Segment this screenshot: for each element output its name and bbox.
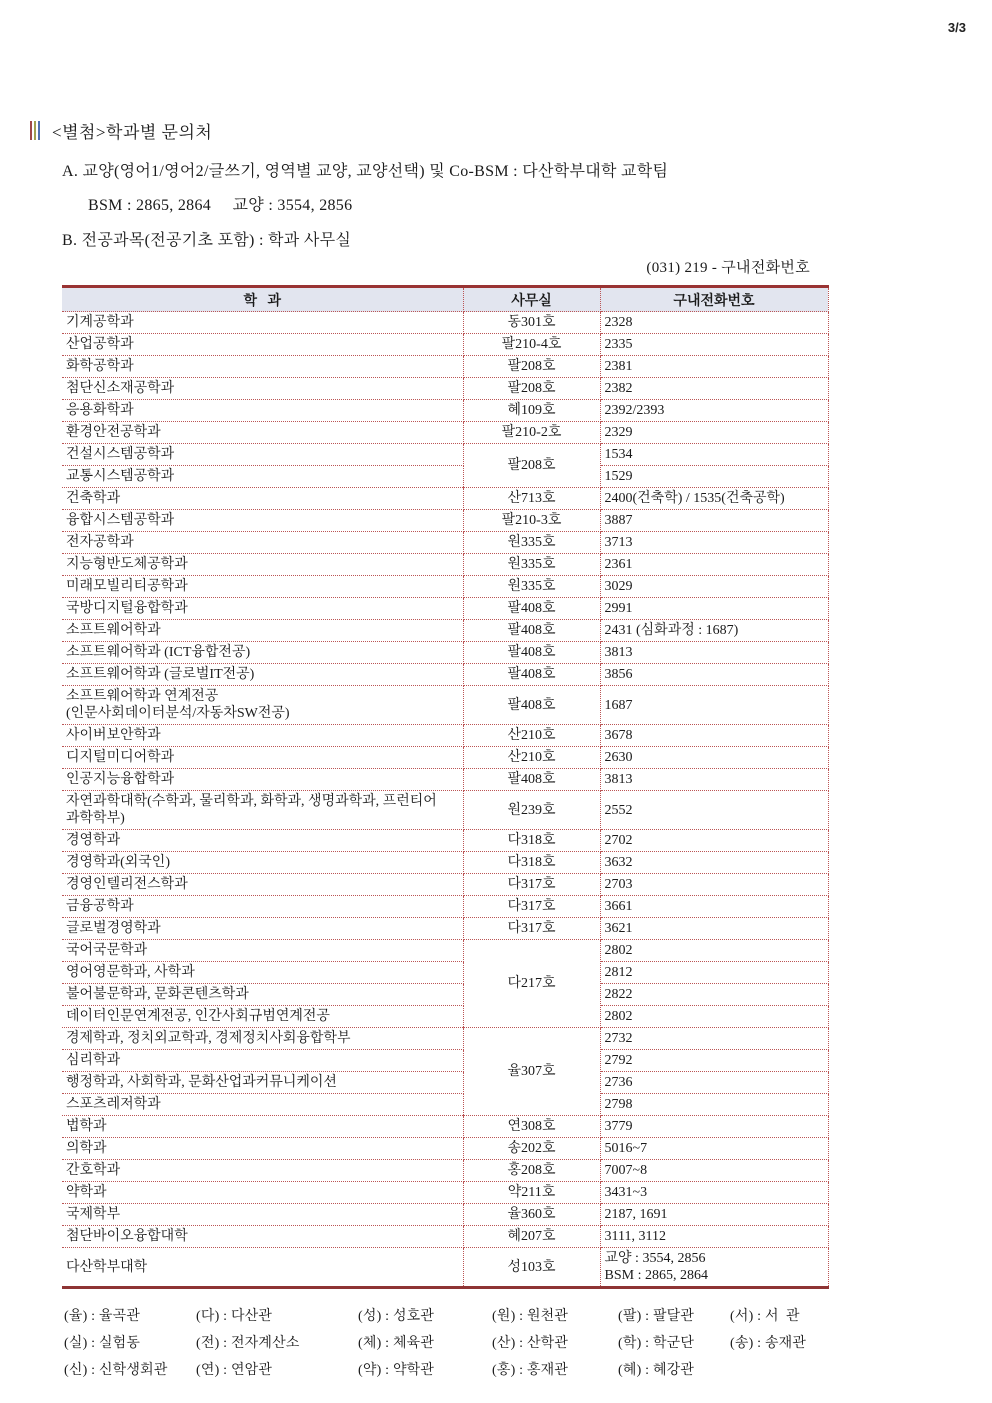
office-cell: 송202호 — [463, 1138, 600, 1160]
phone-cell: 2802 — [600, 940, 828, 962]
table-row: 소프트웨어학과 (ICT융합전공)팔408호3813 — [62, 642, 828, 664]
table-row: 금융공학과다317호3661 — [62, 896, 828, 918]
office-cell: 성103호 — [463, 1248, 600, 1288]
legend-entry: (원) : 원천관 — [492, 1306, 618, 1328]
office-cell: 약211호 — [463, 1182, 600, 1204]
department-cell: 글로벌경영학과 — [62, 918, 463, 940]
table-row: 경영학과(외국인)다318호3632 — [62, 852, 828, 874]
phone-cell: 2382 — [600, 378, 828, 400]
table-row: 심리학과2792 — [62, 1050, 828, 1072]
table-row: 미래모빌리티공학과원335호3029 — [62, 576, 828, 598]
office-cell: 다317호 — [463, 918, 600, 940]
department-cell: 소프트웨어학과 (ICT융합전공) — [62, 642, 463, 664]
phone-cell: 3813 — [600, 642, 828, 664]
title-row: <별첨>학과별 문의처 — [30, 118, 992, 143]
table-row: 경제학과, 정치외교학과, 경제정치사회융합학부율307호2732 — [62, 1028, 828, 1050]
phone-cell: 2732 — [600, 1028, 828, 1050]
legend-entry: (다) : 다산관 — [196, 1306, 358, 1328]
department-cell: 산업공학과 — [62, 334, 463, 356]
department-cell: 경영인텔리전스학과 — [62, 874, 463, 896]
phone-cell: 2431 (심화과정 : 1687) — [600, 620, 828, 642]
department-cell: 금융공학과 — [62, 896, 463, 918]
table-row: 소프트웨어학과 (글로벌IT전공)팔408호3856 — [62, 664, 828, 686]
page-number: 3/3 — [948, 20, 966, 35]
phone-cell: 2187, 1691 — [600, 1204, 828, 1226]
phone-cell: 1529 — [600, 466, 828, 488]
table-row: 응용화학과혜109호2392/2393 — [62, 400, 828, 422]
department-cell: 의학과 — [62, 1138, 463, 1160]
office-cell: 팔208호 — [463, 444, 600, 488]
table-row: 의학과송202호5016~7 — [62, 1138, 828, 1160]
office-cell: 연308호 — [463, 1116, 600, 1138]
phone-cell: 2328 — [600, 312, 828, 334]
phone-cell: 3813 — [600, 769, 828, 791]
legend-entry: (신) : 신학생회관 — [64, 1360, 196, 1382]
table-row: 약학과약211호3431~3 — [62, 1182, 828, 1204]
table-row: 자연과학대학(수학과, 물리학과, 화학과, 생명과학과, 프런티어 과학학부)… — [62, 791, 828, 830]
table-row: 건축학과산713호2400(건축학) / 1535(건축공학) — [62, 488, 828, 510]
department-cell: 전자공학과 — [62, 532, 463, 554]
phone-cell: 2702 — [600, 830, 828, 852]
department-cell: 첨단신소재공학과 — [62, 378, 463, 400]
table-row: 환경안전공학과팔210-2호2329 — [62, 422, 828, 444]
table-row: 전자공학과원335호3713 — [62, 532, 828, 554]
department-cell: 국어국문학과 — [62, 940, 463, 962]
department-cell: 건축학과 — [62, 488, 463, 510]
section-b-line: B. 전공과목(전공기초 포함) : 학과 사무실 — [62, 227, 992, 250]
table-header-row: 학 과 사무실 구내전화번호 — [62, 287, 828, 312]
legend-entry: (팔) : 팔달관 — [618, 1306, 730, 1328]
office-cell: 동301호 — [463, 312, 600, 334]
department-cell: 소프트웨어학과 (글로벌IT전공) — [62, 664, 463, 686]
office-cell: 팔408호 — [463, 620, 600, 642]
phone-cell: 3779 — [600, 1116, 828, 1138]
department-cell: 사이버보안학과 — [62, 725, 463, 747]
legend-entry: (실) : 실험동 — [64, 1333, 196, 1355]
phone-cell: 3887 — [600, 510, 828, 532]
department-cell: 소프트웨어학과 연계전공 (인문사회데이터분석/자동차SW전공) — [62, 686, 463, 725]
office-cell: 원335호 — [463, 576, 600, 598]
legend-entry: (체) : 체육관 — [358, 1333, 492, 1355]
phone-cell: 2400(건축학) / 1535(건축공학) — [600, 488, 828, 510]
phone-cell: 2381 — [600, 356, 828, 378]
table-row: 교통시스템공학과1529 — [62, 466, 828, 488]
table-row: 글로벌경영학과다317호3621 — [62, 918, 828, 940]
department-cell: 환경안전공학과 — [62, 422, 463, 444]
office-cell: 원335호 — [463, 554, 600, 576]
department-cell: 경영학과(외국인) — [62, 852, 463, 874]
phone-cell: 2329 — [600, 422, 828, 444]
triple-bar-icon — [30, 121, 40, 140]
legend-entry: (전) : 전자계산소 — [196, 1333, 358, 1355]
table-row: 데이터인문연계전공, 인간사회규범연계전공2802 — [62, 1006, 828, 1028]
legend-entry: (약) : 약학관 — [358, 1360, 492, 1382]
phone-cell: 3621 — [600, 918, 828, 940]
office-cell: 팔408호 — [463, 642, 600, 664]
office-cell: 팔408호 — [463, 686, 600, 725]
table-row: 사이버보안학과산210호3678 — [62, 725, 828, 747]
department-cell: 영어영문학과, 사학과 — [62, 962, 463, 984]
phone-cell: 3632 — [600, 852, 828, 874]
office-cell: 산713호 — [463, 488, 600, 510]
phone-cell: 2792 — [600, 1050, 828, 1072]
department-cell: 소프트웨어학과 — [62, 620, 463, 642]
legend-entry: (성) : 성호관 — [358, 1306, 492, 1328]
table-row: 산업공학과팔210-4호2335 — [62, 334, 828, 356]
office-cell: 다317호 — [463, 896, 600, 918]
phone-cell: 1687 — [600, 686, 828, 725]
phone-cell: 2736 — [600, 1072, 828, 1094]
bsm-numbers-line: BSM : 2865, 2864 교양 : 3554, 2856 — [88, 192, 992, 215]
office-cell: 홍208호 — [463, 1160, 600, 1182]
department-cell: 기계공학과 — [62, 312, 463, 334]
table-row: 불어불문학과, 문화콘텐츠학과2822 — [62, 984, 828, 1006]
department-cell: 미래모빌리티공학과 — [62, 576, 463, 598]
office-cell: 팔408호 — [463, 769, 600, 791]
table-row: 건설시스템공학과팔208호1534 — [62, 444, 828, 466]
table-row: 첨단바이오융합대학혜207호3111, 3112 — [62, 1226, 828, 1248]
department-cell: 교통시스템공학과 — [62, 466, 463, 488]
table-row: 국방디지털융합학과팔408호2991 — [62, 598, 828, 620]
intro-section: <별첨>학과별 문의처 A. 교양(영어1/영어2/글쓰기, 영역별 교양, 교… — [0, 0, 992, 277]
office-cell: 팔408호 — [463, 598, 600, 620]
table-row: 영어영문학과, 사학과2812 — [62, 962, 828, 984]
legend-entry: (혜) : 혜강관 — [618, 1360, 730, 1382]
department-cell: 법학과 — [62, 1116, 463, 1138]
phone-cell: 2802 — [600, 1006, 828, 1028]
phone-cell: 교양 : 3554, 2856 BSM : 2865, 2864 — [600, 1248, 828, 1288]
office-cell: 산210호 — [463, 747, 600, 769]
table-row: 다산학부대학성103호교양 : 3554, 2856 BSM : 2865, 2… — [62, 1248, 828, 1288]
table-row: 국어국문학과다217호2802 — [62, 940, 828, 962]
legend-entry: (서) : 서 관 — [730, 1306, 824, 1328]
contact-table: 학 과 사무실 구내전화번호 기계공학과동301호2328산업공학과팔210-4… — [62, 285, 829, 1289]
office-cell: 원335호 — [463, 532, 600, 554]
department-cell: 스포츠레저학과 — [62, 1094, 463, 1116]
table-row: 행정학과, 사회학과, 문화산업과커뮤니케이션2736 — [62, 1072, 828, 1094]
phone-cell: 3431~3 — [600, 1182, 828, 1204]
department-cell: 데이터인문연계전공, 인간사회규범연계전공 — [62, 1006, 463, 1028]
office-cell: 산210호 — [463, 725, 600, 747]
phone-prefix-note: (031) 219 - 구내전화번호 — [0, 256, 810, 277]
office-cell: 율360호 — [463, 1204, 600, 1226]
department-cell: 융합시스템공학과 — [62, 510, 463, 532]
office-cell: 팔208호 — [463, 378, 600, 400]
office-cell: 팔210-3호 — [463, 510, 600, 532]
building-legend: (율) : 율곡관(다) : 다산관(성) : 성호관(원) : 원천관(팔) … — [64, 1306, 824, 1382]
department-cell: 인공지능융합학과 — [62, 769, 463, 791]
department-cell: 건설시스템공학과 — [62, 444, 463, 466]
phone-cell: 2703 — [600, 874, 828, 896]
department-cell: 경영학과 — [62, 830, 463, 852]
phone-cell: 2392/2393 — [600, 400, 828, 422]
table-row: 첨단신소재공학과팔208호2382 — [62, 378, 828, 400]
table-row: 기계공학과동301호2328 — [62, 312, 828, 334]
office-cell: 팔210-2호 — [463, 422, 600, 444]
office-cell: 팔408호 — [463, 664, 600, 686]
department-cell: 행정학과, 사회학과, 문화산업과커뮤니케이션 — [62, 1072, 463, 1094]
phone-cell: 2630 — [600, 747, 828, 769]
department-cell: 국제학부 — [62, 1204, 463, 1226]
department-cell: 약학과 — [62, 1182, 463, 1204]
phone-cell: 2822 — [600, 984, 828, 1006]
office-cell: 혜207호 — [463, 1226, 600, 1248]
office-cell: 원239호 — [463, 791, 600, 830]
table-row: 인공지능융합학과팔408호3813 — [62, 769, 828, 791]
phone-cell: 3111, 3112 — [600, 1226, 828, 1248]
table-row: 스포츠레저학과2798 — [62, 1094, 828, 1116]
department-cell: 자연과학대학(수학과, 물리학과, 화학과, 생명과학과, 프런티어 과학학부) — [62, 791, 463, 830]
department-cell: 화학공학과 — [62, 356, 463, 378]
table-row: 경영학과다318호2702 — [62, 830, 828, 852]
legend-entry: (연) : 연암관 — [196, 1360, 358, 1382]
phone-cell: 2552 — [600, 791, 828, 830]
phone-cell: 7007~8 — [600, 1160, 828, 1182]
phone-cell: 3029 — [600, 576, 828, 598]
department-cell: 심리학과 — [62, 1050, 463, 1072]
phone-cell: 5016~7 — [600, 1138, 828, 1160]
phone-cell: 3678 — [600, 725, 828, 747]
department-cell: 다산학부대학 — [62, 1248, 463, 1288]
column-header-office: 사무실 — [463, 287, 600, 312]
phone-cell: 2798 — [600, 1094, 828, 1116]
table-row: 법학과연308호3779 — [62, 1116, 828, 1138]
phone-cell: 1534 — [600, 444, 828, 466]
department-cell: 지능형반도체공학과 — [62, 554, 463, 576]
legend-entry: (송) : 송재관 — [730, 1333, 824, 1355]
office-cell: 다217호 — [463, 940, 600, 1028]
phone-cell: 2812 — [600, 962, 828, 984]
table-row: 소프트웨어학과팔408호2431 (심화과정 : 1687) — [62, 620, 828, 642]
legend-entry: (홍) : 홍재관 — [492, 1360, 618, 1382]
phone-cell: 2991 — [600, 598, 828, 620]
page-title: <별첨>학과별 문의처 — [52, 118, 212, 143]
legend-entry: (산) : 산학관 — [492, 1333, 618, 1355]
column-header-phone: 구내전화번호 — [600, 287, 828, 312]
table-row: 국제학부율360호2187, 1691 — [62, 1204, 828, 1226]
table-row: 지능형반도체공학과원335호2361 — [62, 554, 828, 576]
document-page: 3/3 <별첨>학과별 문의처 A. 교양(영어1/영어2/글쓰기, 영역별 교… — [0, 0, 992, 1403]
department-cell: 디지털미디어학과 — [62, 747, 463, 769]
department-cell: 간호학과 — [62, 1160, 463, 1182]
column-header-department: 학 과 — [62, 287, 463, 312]
table-row: 간호학과홍208호7007~8 — [62, 1160, 828, 1182]
office-cell: 율307호 — [463, 1028, 600, 1116]
phone-cell: 2361 — [600, 554, 828, 576]
section-a-line: A. 교양(영어1/영어2/글쓰기, 영역별 교양, 교양선택) 및 Co-BS… — [62, 158, 992, 181]
legend-entry: (학) : 학군단 — [618, 1333, 730, 1355]
department-cell: 경제학과, 정치외교학과, 경제정치사회융합학부 — [62, 1028, 463, 1050]
department-cell: 첨단바이오융합대학 — [62, 1226, 463, 1248]
department-cell: 응용화학과 — [62, 400, 463, 422]
table-row: 화학공학과팔208호2381 — [62, 356, 828, 378]
legend-entry — [730, 1360, 824, 1382]
phone-cell: 3713 — [600, 532, 828, 554]
department-cell: 국방디지털융합학과 — [62, 598, 463, 620]
legend-entry: (율) : 율곡관 — [64, 1306, 196, 1328]
office-cell: 팔210-4호 — [463, 334, 600, 356]
phone-cell: 3856 — [600, 664, 828, 686]
table-row: 소프트웨어학과 연계전공 (인문사회데이터분석/자동차SW전공)팔408호168… — [62, 686, 828, 725]
office-cell: 혜109호 — [463, 400, 600, 422]
department-cell: 불어불문학과, 문화콘텐츠학과 — [62, 984, 463, 1006]
table-row: 경영인텔리전스학과다317호2703 — [62, 874, 828, 896]
table-row: 디지털미디어학과산210호2630 — [62, 747, 828, 769]
phone-cell: 3661 — [600, 896, 828, 918]
office-cell: 다318호 — [463, 852, 600, 874]
office-cell: 다318호 — [463, 830, 600, 852]
office-cell: 팔208호 — [463, 356, 600, 378]
phone-cell: 2335 — [600, 334, 828, 356]
office-cell: 다317호 — [463, 874, 600, 896]
table-row: 융합시스템공학과팔210-3호3887 — [62, 510, 828, 532]
